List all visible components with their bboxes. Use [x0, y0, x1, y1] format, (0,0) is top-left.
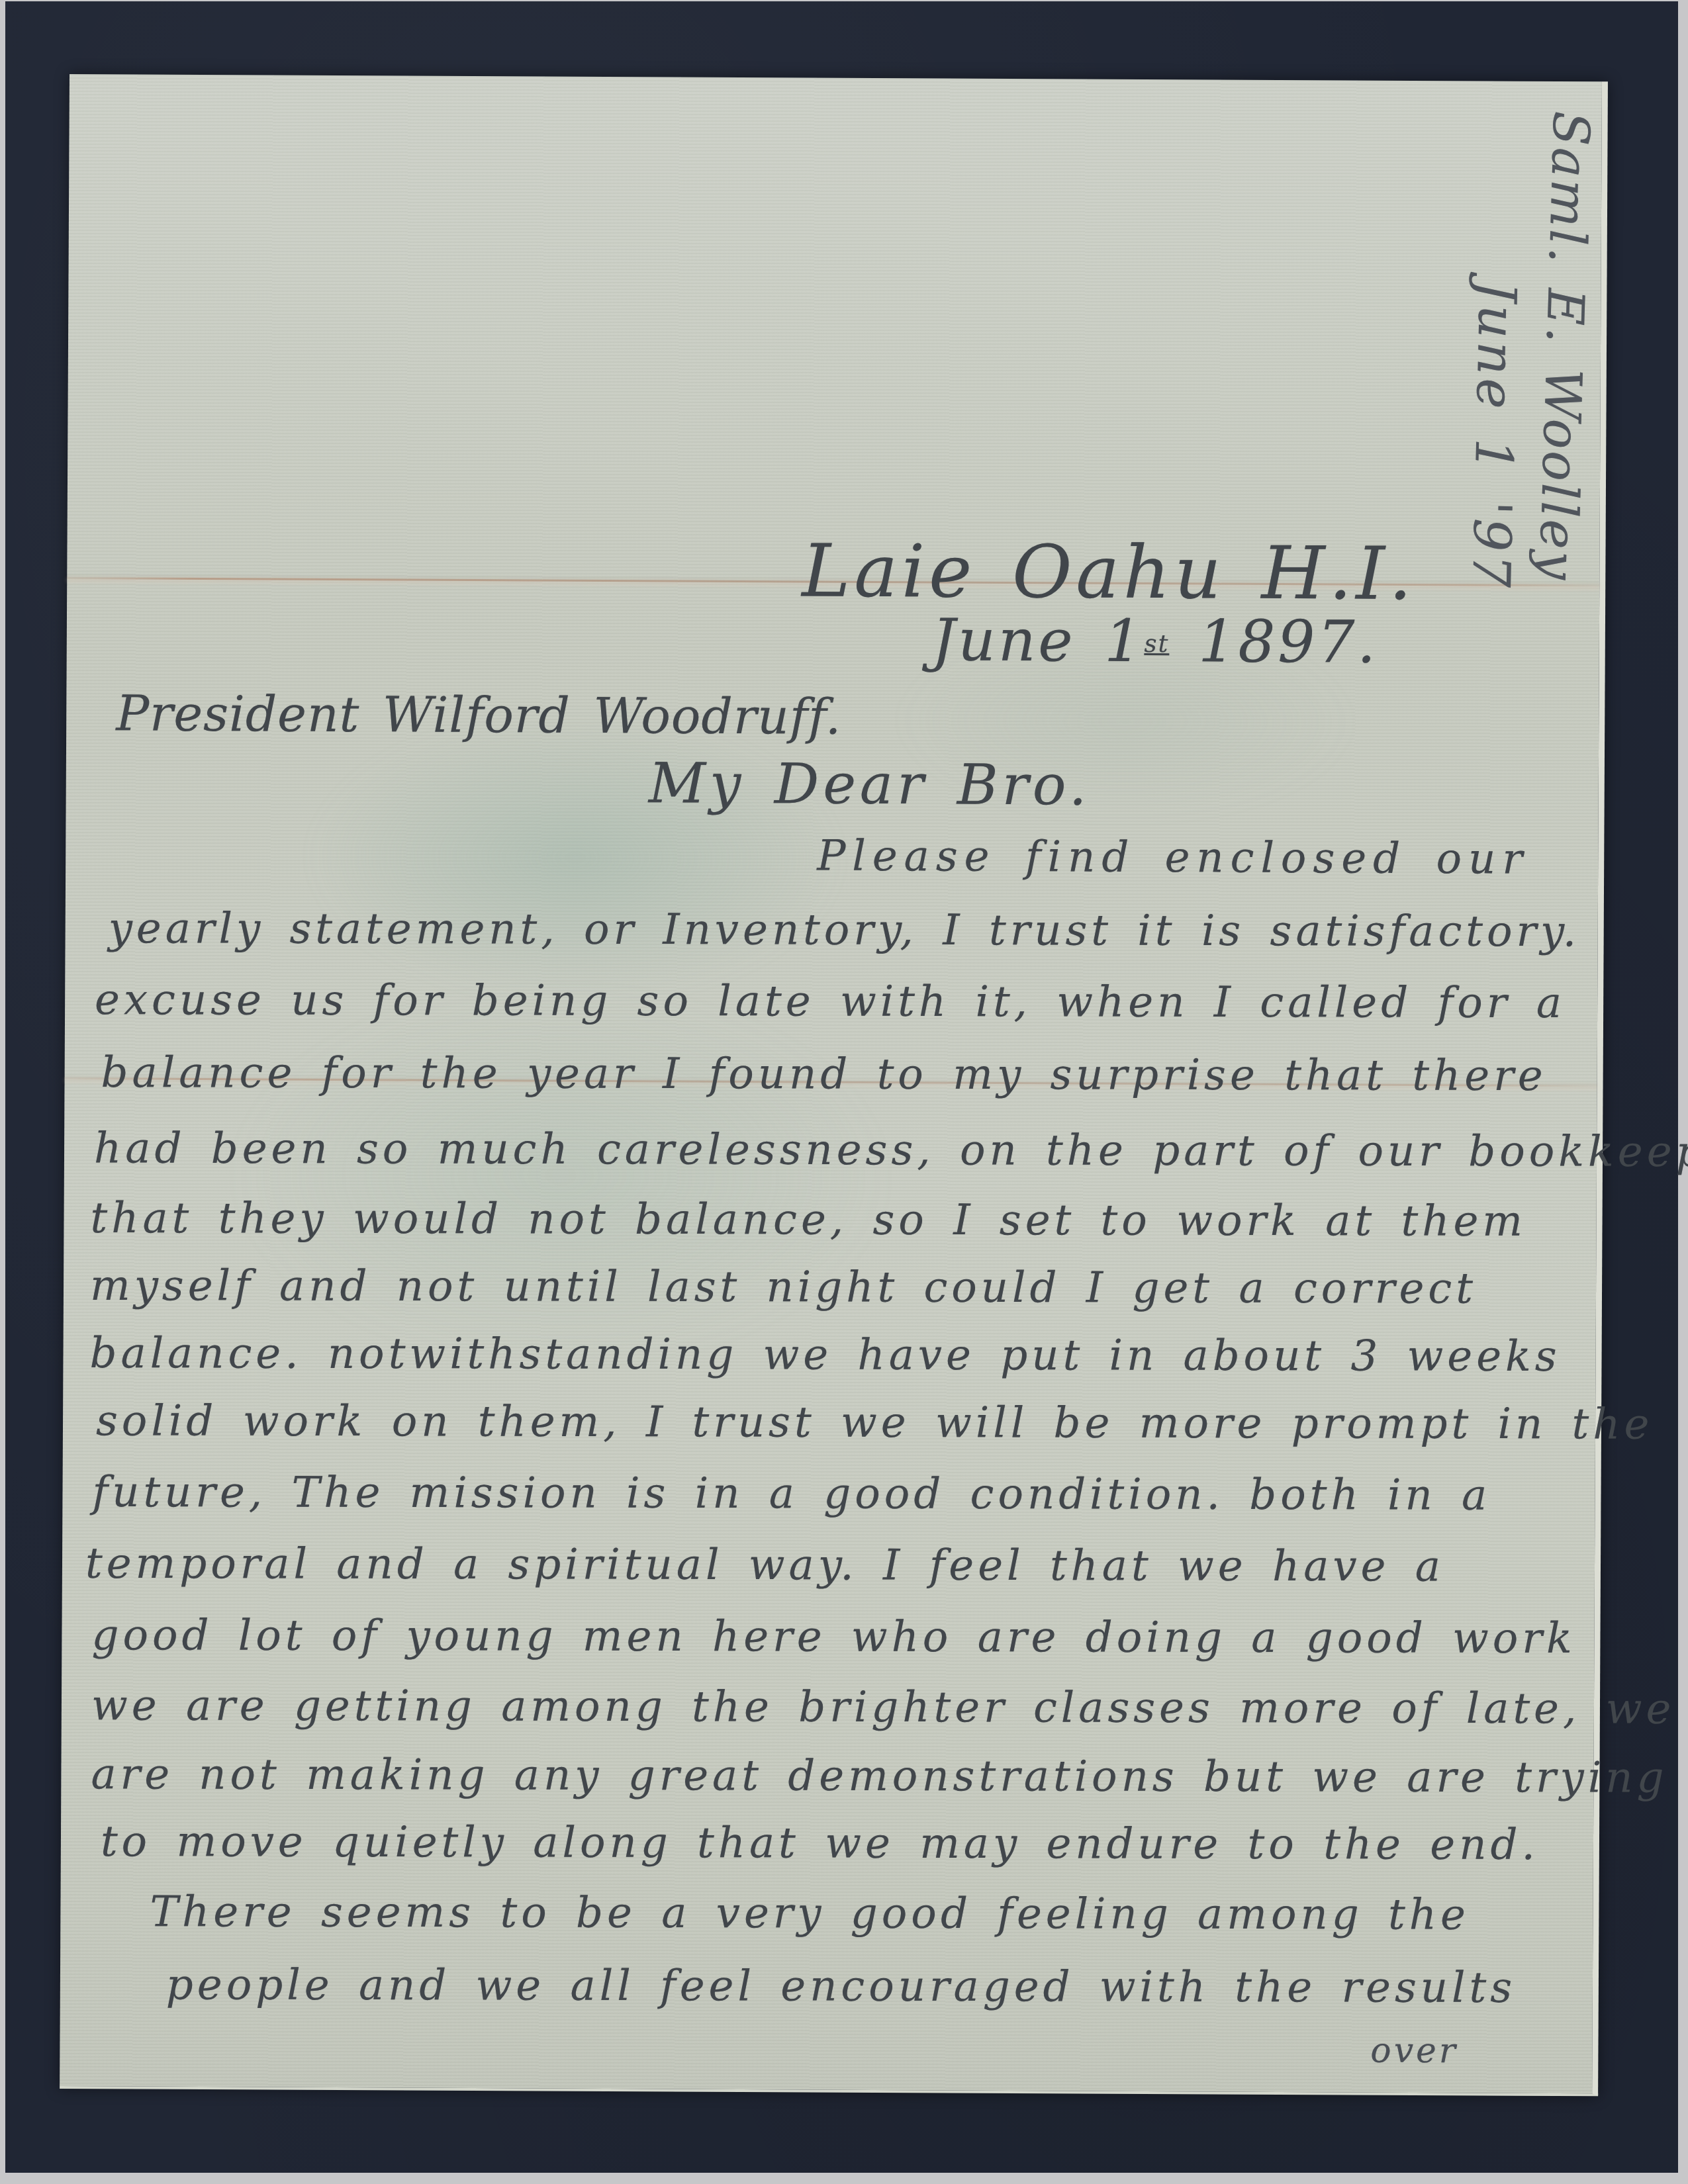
body-line: solid work on them, I trust we will be m… — [96, 1400, 1654, 1445]
body-line: temporal and a spiritual way. I feel tha… — [85, 1543, 1444, 1588]
body-line: to move quietly along that we may endure… — [101, 1821, 1539, 1866]
recipient-line: President Wilford Woodruff. — [116, 689, 842, 741]
letter-sheet: Saml. E. Woolley June 1 '97 Laie Oahu H.… — [60, 74, 1608, 2096]
archival-annotation-name: Saml. E. Woolley — [1532, 111, 1597, 582]
body-line: There seems to be a very good feeling am… — [150, 1891, 1470, 1936]
letter-date-line: June 1st 1897. — [932, 611, 1379, 671]
body-line: people and we all feel encouraged with t… — [166, 1964, 1516, 2009]
body-line: myself and not until last night could I … — [90, 1265, 1477, 1310]
archival-annotation-date: June 1 '97 — [1464, 281, 1523, 591]
body-line: good lot of young men here who are doing… — [91, 1614, 1575, 1660]
body-line: excuse us for being so late with it, whe… — [95, 979, 1566, 1024]
date-day: June 1 — [932, 606, 1145, 675]
body-line: that they would not balance, so I set to… — [90, 1197, 1526, 1243]
opening-line: Please find enclosed our — [817, 835, 1529, 881]
letter-place-line: Laie Oahu H.I. — [802, 534, 1416, 610]
scanned-letter-page: Saml. E. Woolley June 1 '97 Laie Oahu H.… — [0, 0, 1688, 2184]
over-note: over — [1370, 2034, 1458, 2069]
body-line: we are getting among the brighter classe… — [91, 1684, 1675, 1730]
body-line: had been so much carelessness, on the pa… — [94, 1127, 1688, 1173]
date-ordinal: st — [1144, 629, 1169, 658]
body-line: balance. notwithstanding we have put in … — [89, 1332, 1560, 1378]
body-line: future, The mission is in a good conditi… — [92, 1471, 1491, 1517]
body-line: balance for the year I found to my surpr… — [101, 1052, 1547, 1097]
body-line: yearly statement, or Inventory, I trust … — [109, 907, 1581, 953]
salutation-line: My Dear Bro. — [649, 755, 1091, 813]
date-year: 1897. — [1198, 607, 1378, 676]
body-line: are not making any great demonstrations … — [91, 1753, 1667, 1799]
